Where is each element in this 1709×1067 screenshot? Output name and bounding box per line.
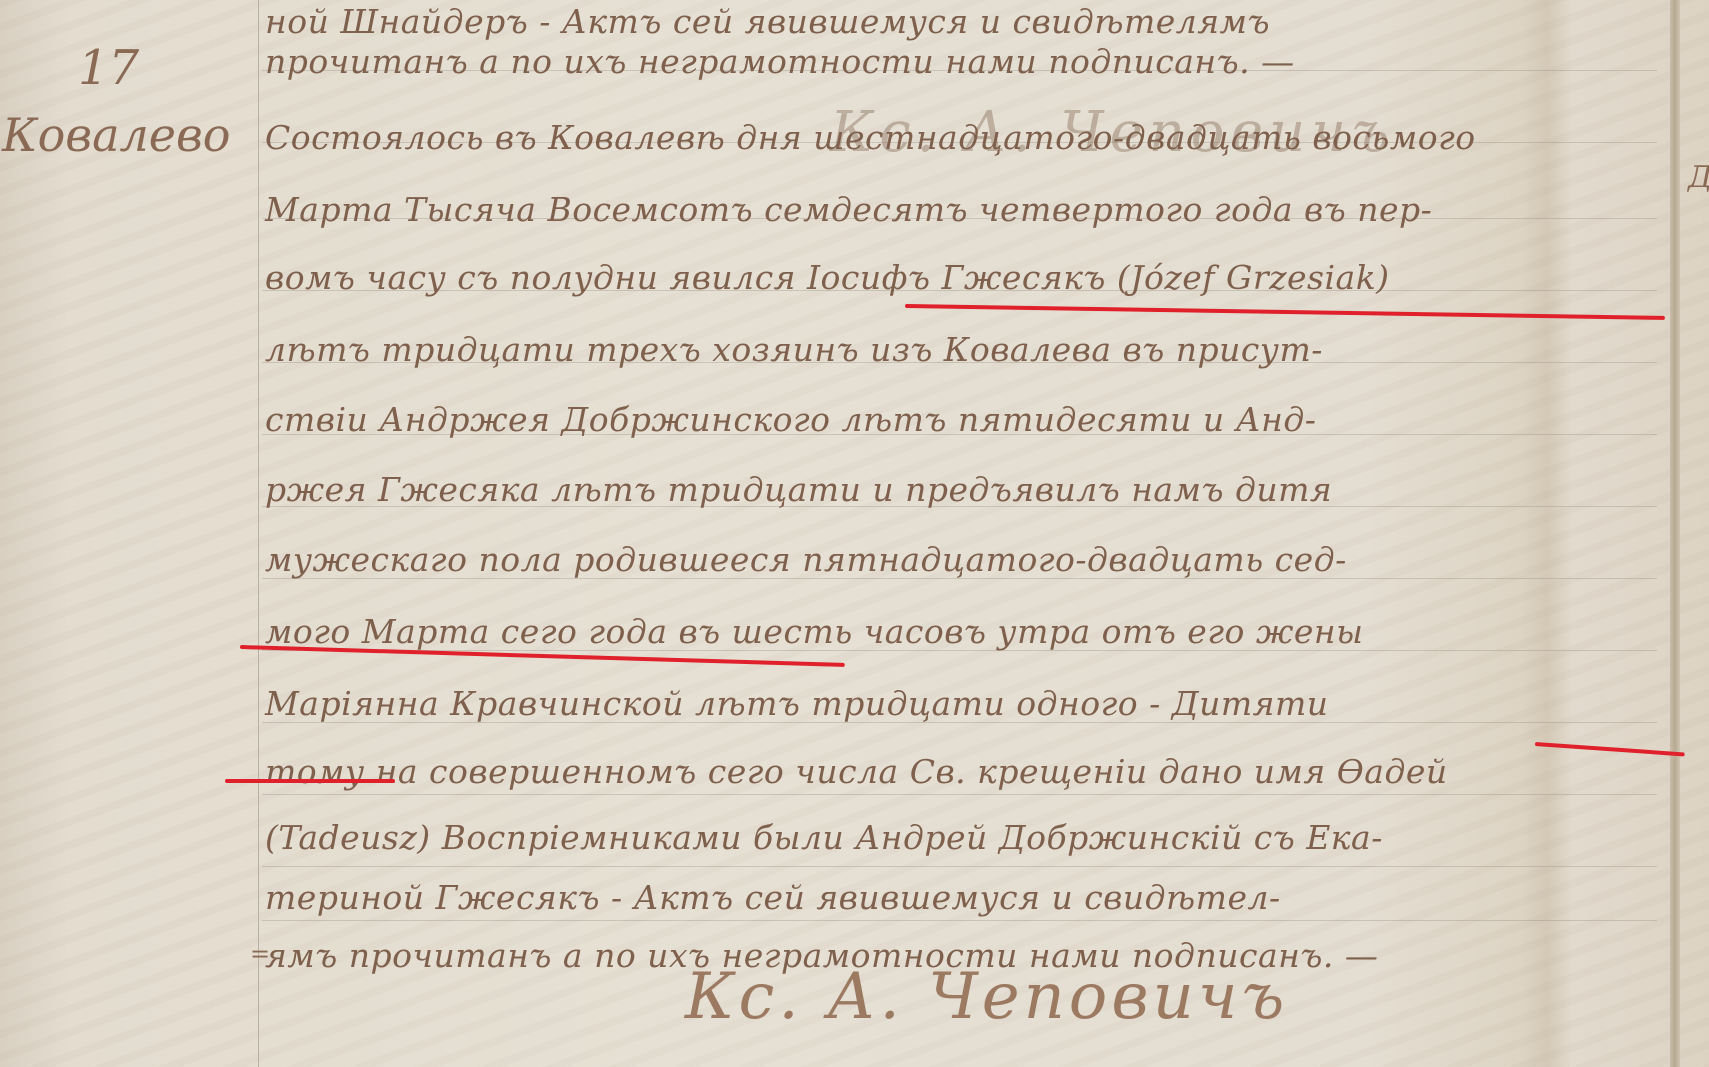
book-gutter	[1670, 0, 1680, 1067]
ruled-line	[262, 794, 1657, 795]
record-line: прочитанъ а по ихъ неграмотности нами по…	[265, 42, 1295, 81]
record-line: тому на совершенномъ сего числа Св. крещ…	[265, 752, 1448, 791]
record-line: мужескаго пола родившееся пятнадцатого-д…	[265, 540, 1347, 579]
record-line: (Tadeusz) Воспріемниками были Андрей Доб…	[265, 818, 1383, 857]
entry-number: 17	[78, 40, 139, 96]
record-line: ствіи Андржея Добржинского лѣтъ пятидеся…	[265, 400, 1316, 439]
right-page-fragment: Д	[1688, 160, 1709, 195]
record-line: териной Гжесякъ - Актъ сей явившемуся и …	[265, 878, 1281, 917]
record-line: Маріянна Кравчинской лѣтъ тридцати одног…	[265, 684, 1329, 723]
ruled-line	[262, 920, 1657, 921]
record-line: лѣтъ тридцати трехъ хозяинъ изъ Ковалева…	[265, 330, 1323, 369]
record-line: Состоялось въ Ковалевѣ дня шестнадцатого…	[265, 118, 1476, 157]
record-line: Марта Тысяча Восемсотъ семдесятъ четверт…	[265, 190, 1432, 229]
margin-rule	[258, 0, 259, 1067]
annotation-underline-father	[905, 304, 1665, 320]
record-line: мого Марта сего года въ шесть часовъ утр…	[265, 612, 1364, 651]
annotation-underline-child-name-latin	[225, 779, 395, 783]
end-mark: =	[250, 940, 270, 968]
priest-signature: Кс. А. Чеповичъ	[685, 960, 1288, 1034]
village-name: Ковалево	[2, 108, 230, 162]
record-line: ржея Гжесяка лѣтъ тридцати и предъявилъ …	[265, 470, 1332, 509]
record-line: вомъ часу съ полудни явился Іосифъ Гжеся…	[265, 258, 1390, 297]
record-line: ной Шнайдеръ - Актъ сей явившемуся и сви…	[265, 2, 1270, 41]
ruled-line	[262, 866, 1657, 867]
annotation-underline-child-name	[1535, 742, 1685, 756]
